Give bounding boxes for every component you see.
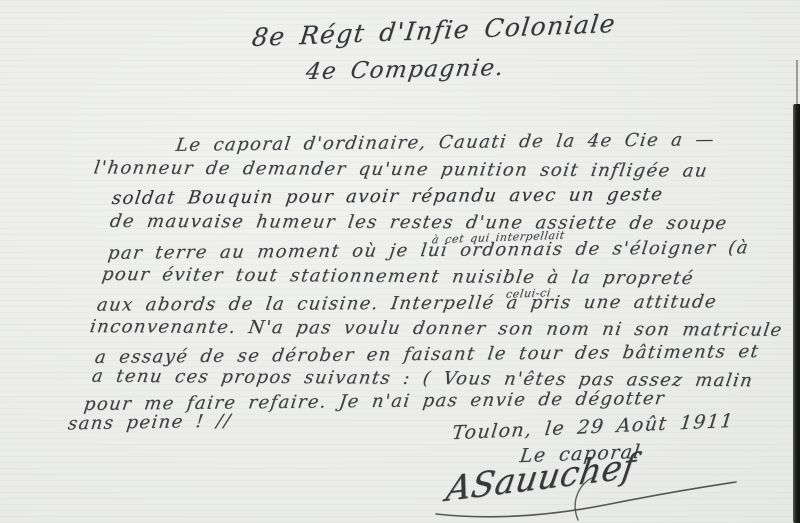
body-line: soldat Bouquin pour avoir répandu avec u… xyxy=(111,184,665,209)
document-title-regiment: 8e Régt d'Infie Coloniale xyxy=(250,9,617,52)
body-line: sans peine ! // xyxy=(67,411,233,435)
body-line: inconvenante. N'a pas voulu donner son n… xyxy=(88,316,784,341)
scanned-handwritten-document: 8e Régt d'Infie Coloniale 4e Compagnie. … xyxy=(0,0,800,523)
signature-flourish-stroke xyxy=(430,470,740,522)
body-line: de mauvaise humeur les restes d'une assi… xyxy=(108,211,729,234)
scan-right-edge-shadow xyxy=(793,104,800,523)
body-line: aux abords de la cuisine. Interpellé a p… xyxy=(96,291,719,315)
body-line: a essayé de se dérober en faisant le tou… xyxy=(94,341,761,368)
scan-edge-mark xyxy=(796,60,798,104)
body-line: par terre au moment où je lui ordonnais … xyxy=(107,237,751,264)
interlinear-insertion: celui-ci xyxy=(505,286,552,301)
body-line: pour éviter tout stationnement nuisible … xyxy=(100,264,695,289)
date-line: Toulon, le 29 Août 1911 xyxy=(451,410,735,444)
body-line: l'honneur de demander qu'une punition so… xyxy=(92,157,709,181)
body-line: Le caporal d'ordinaire, Cauati de la 4e … xyxy=(175,129,717,156)
document-title-company: 4e Compagnie. xyxy=(304,55,506,85)
